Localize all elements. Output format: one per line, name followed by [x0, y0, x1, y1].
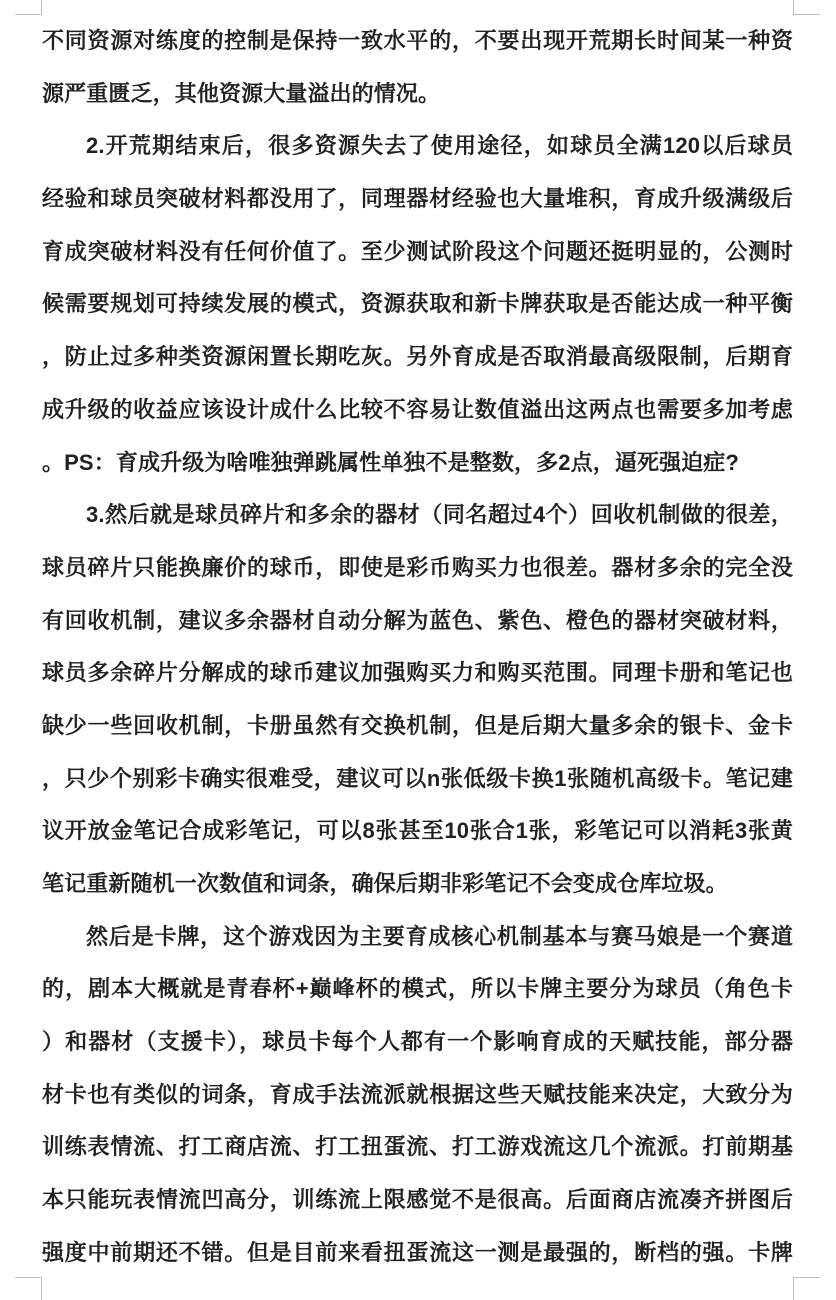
- text-line: 笔记重新随机一次数值和词条，确保后期非彩笔记不会变成仓库垃圾。: [42, 858, 793, 911]
- document-text: 不同资源对练度的控制是保持一致水平的，不要出现开荒期长时间某一种资源严重匮乏，其…: [42, 15, 793, 1280]
- text-line: 球员多余碎片分解成的球币建议加强购买力和购买范围。同理卡册和笔记也: [42, 647, 793, 700]
- text-line: 强度中前期还不错。但是目前来看扭蛋流这一测是最强的，断档的强。卡牌: [42, 1227, 793, 1280]
- text-line: 缺少一些回收机制，卡册虽然有交换机制，但是后期大量多余的银卡、金卡: [42, 700, 793, 753]
- text-line: ，防止过多种类资源闲置长期吃灰。另外育成是否取消最高级限制，后期育: [42, 331, 793, 384]
- text-line: 本只能玩表情流凹高分，训练流上限感觉不是很高。后面商店流凑齐拼图后: [42, 1174, 793, 1227]
- text-line: ）和器材（支援卡），球员卡每个人都有一个影响育成的天赋技能，部分器: [42, 1016, 793, 1069]
- text-line: 成升级的收益应该设计成什么比较不容易让数值溢出这两点也需要多加考虑: [42, 384, 793, 437]
- text-line: 3.然后就是球员碎片和多余的器材（同名超过4个）回收机制做的很差，: [42, 489, 793, 542]
- crop-mark-bottom-right: [793, 1277, 820, 1300]
- text-line: 有回收机制，建议多余器材自动分解为蓝色、紫色、橙色的器材突破材料，: [42, 595, 793, 648]
- text-line: 源严重匮乏，其他资源大量溢出的情况。: [42, 68, 793, 121]
- text-line: 然后是卡牌，这个游戏因为主要育成核心机制基本与赛马娘是一个赛道: [42, 911, 793, 964]
- text-line: ，只少个别彩卡确实很难受，建议可以n张低级卡换1张随机高级卡。笔记建: [42, 753, 793, 806]
- text-line: 材卡也有类似的词条，育成手法流派就根据这些天赋技能来决定，大致分为: [42, 1069, 793, 1122]
- text-line: 育成突破材料没有任何价值了。至少测试阶段这个问题还挺明显的，公测时: [42, 226, 793, 279]
- text-line: 经验和球员突破材料都没用了，同理器材经验也大量堆积，育成升级满级后: [42, 173, 793, 226]
- text-line: 的，剧本大概就是青春杯+巅峰杯的模式，所以卡牌主要分为球员（角色卡: [42, 963, 793, 1016]
- crop-mark-top-left: [15, 0, 42, 15]
- text-line: 。PS：育成升级为啥唯独弹跳属性单独不是整数，多2点，逼死强迫症?: [42, 437, 793, 490]
- crop-mark-bottom-left: [15, 1277, 42, 1300]
- text-line: 议开放金笔记合成彩笔记，可以8张甚至10张合1张，彩笔记可以消耗3张黄: [42, 805, 793, 858]
- text-line: 2.开荒期结束后，很多资源失去了使用途径，如球员全满120以后球员: [42, 120, 793, 173]
- crop-mark-top-right: [793, 0, 820, 15]
- text-line: 球员碎片只能换廉价的球币，即使是彩币购买力也很差。器材多余的完全没: [42, 542, 793, 595]
- text-line: 候需要规划可持续发展的模式，资源获取和新卡牌获取是否能达成一种平衡: [42, 278, 793, 331]
- document-page: 不同资源对练度的控制是保持一致水平的，不要出现开荒期长时间某一种资源严重匮乏，其…: [0, 0, 836, 1300]
- text-line: 训练表情流、打工商店流、打工扭蛋流、打工游戏流这几个流派。打前期基: [42, 1121, 793, 1174]
- text-line: 不同资源对练度的控制是保持一致水平的，不要出现开荒期长时间某一种资: [42, 15, 793, 68]
